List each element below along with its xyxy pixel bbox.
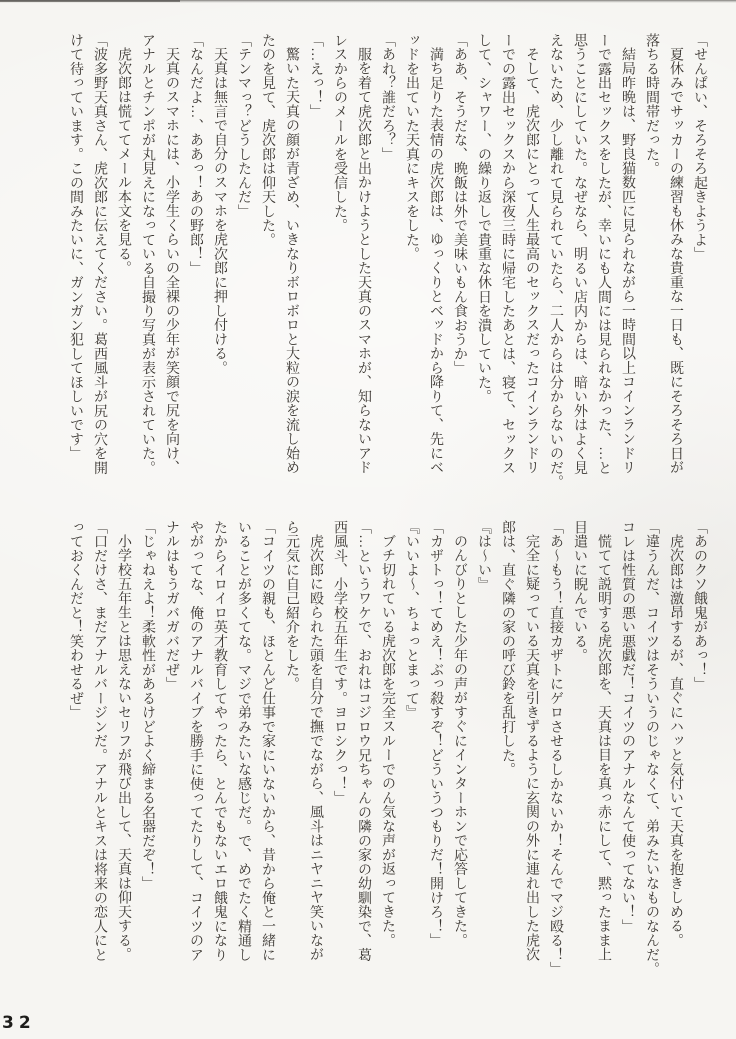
text-line: 「…えっ！」: [303, 33, 327, 491]
scan-edge-artifact: [0, 0, 736, 3]
text-line: 「なんだよ…、ああっ！あの野郎！」: [183, 33, 207, 491]
text-line: 服を着て虎次郎と出かけようとした天真のスマホが、知らないアド: [351, 33, 375, 491]
text-line: たからイロイロ英才教育してやったら、とんでもないエロ餓鬼になり: [207, 520, 231, 980]
page-number: 32: [2, 1013, 36, 1033]
text-line: 完全に疑っている天真を引きずるように玄関の外に連れ出した虎次: [519, 520, 543, 980]
text-line: たのを見て、虎次郎は仰天した。: [255, 33, 279, 491]
text-line: 天真は無言で自分のスマホを虎次郎に押し付ける。: [207, 33, 231, 491]
text-line: レスからのメールを受信した。: [327, 33, 351, 491]
text-line: 「口だけさ、まだアナルバージンだ。アナルとキスは将来の恋人にと: [87, 520, 111, 980]
text-line: 夏休みでサッカーの練習も休みな貴重な一日も、既にそろそろ日が: [663, 33, 687, 491]
text-line: 「カザトっ！てめえ！ぶっ殺すぞ！どういうつもりだ！開けろ！」: [423, 520, 447, 980]
text-line: ーで露出セックスをしたが、幸いにも人間には見られなかった、…と: [591, 33, 615, 491]
text-line: のんびりとした少年の声がすぐにインターホンで応答してきた。: [447, 520, 471, 980]
text-line: 小学校五年生とは思えないセリフが飛び出して、天真は仰天する。: [111, 520, 135, 980]
text-line: ナルはもうガバガバだぜ」: [159, 520, 183, 980]
text-line: 慌てて説明する虎次郎を、天真は目を真っ赤にして、黙ったまま上: [591, 520, 615, 980]
text-line: 西風斗、小学校五年生です。ヨロシクっ！」: [327, 520, 351, 980]
text-line: 目遣いに睨んでいる。: [567, 520, 591, 980]
text-line: アナルとチンポが丸見えになっている自撮り写真が表示されていた。: [135, 33, 159, 491]
text-block-bottom: 「あのクソ餓鬼があっ！」虎次郎は激昂するが、直ぐにハッと気付いて天真を抱きしめる…: [63, 520, 711, 980]
text-line: コレは性質の悪い悪戯だ！コイツのアナルなんて使ってない！」: [615, 520, 639, 980]
text-line: 「波多野天真さん、虎次郎に伝えてください。葛西風斗が尻の穴を開: [87, 33, 111, 491]
text-line: ら元気に自己紹介をした。: [279, 520, 303, 980]
scanned-novel-page: 「せんぱい、そろそろ起きようよ」夏休みでサッカーの練習も休みな貴重な一日も、既に…: [0, 0, 736, 1039]
text-line: やがってな、俺のアナルバイブを勝手に使ってたりして、コイツのア: [183, 520, 207, 980]
text-line: えないため、少し離れて見られていたら、二人からは分からないのだ。: [543, 33, 567, 491]
text-line: 『は〜い』: [471, 520, 495, 980]
text-line: 「じゃねえよ！柔軟性があるけどよく締まる名器だぞ！」: [135, 520, 159, 980]
text-line: 「せんぱい、そろそろ起きようよ」: [687, 33, 711, 491]
text-line: 『いいよ〜、ちょっとまって』: [399, 520, 423, 980]
text-line: 思うことにしていた。なぜなら、明るい店内からは、暗い外はよく見: [567, 33, 591, 491]
text-line: 虎次郎に殴られた頭を自分で撫でながら、風斗はニヤニヤ笑いなが: [303, 520, 327, 980]
text-line: 「あ〜もう！直接カザトにゲロさせるしかないか！そんでマジ殴る！」: [543, 520, 567, 980]
text-line: 結局昨晩は、野良猫数匹に見られながら一時間以上コインランドリ: [615, 33, 639, 491]
text-line: 「あれ？誰だろ？」: [375, 33, 399, 491]
text-block-top: 「せんぱい、そろそろ起きようよ」夏休みでサッカーの練習も休みな貴重な一日も、既に…: [63, 33, 711, 491]
text-line: 郎は、直ぐ隣の家の呼び鈴を乱打した。: [495, 520, 519, 980]
text-line: して、シャワー、の繰り返しで貴重な休日を潰していた。: [471, 33, 495, 491]
text-line: 「…というワケで、おれはコジロウ兄ちゃんの隣の家の幼馴染で、葛: [351, 520, 375, 980]
text-line: 「あのクソ餓鬼があっ！」: [687, 520, 711, 980]
text-line: 落ちる時間帯だった。: [639, 33, 663, 491]
text-line: 「テンマっ？どうしたんだ」: [231, 33, 255, 491]
text-line: 「ああ、そうだな、晩飯は外で美味いもん食おうか」: [447, 33, 471, 491]
text-line: けて待っています。この間みたいに、ガンガン犯してほしいです」: [63, 33, 87, 491]
text-line: 天真のスマホには、小学生くらいの全裸の少年が笑顔で尻を向け、: [159, 33, 183, 491]
text-line: ブチ切れている虎次郎を完全スルーでのん気な声が返ってきた。: [375, 520, 399, 980]
text-line: そして、虎次郎にとって人生最高のセックスだったコインランドリ: [519, 33, 543, 491]
text-line: 虎次郎は激昂するが、直ぐにハッと気付いて天真を抱きしめる。: [663, 520, 687, 980]
text-line: っておくんだと！笑わせるぜ」: [63, 520, 87, 980]
text-line: いることが多くてな。マジで弟みたいな感じだ。で、めでたく精通し: [231, 520, 255, 980]
text-line: 「コイツの親も、ほとんど仕事で家にいないから、昔から俺と一緒に: [255, 520, 279, 980]
text-line: ッドを出ていた天真にキスをした。: [399, 33, 423, 491]
text-line: 「違うんだ、コイツはそういうのじゃなくて、弟みたいなものなんだ。: [639, 520, 663, 980]
text-line: ーでの露出セックスから深夜三時に帰宅したあとは、寝て、セックス: [495, 33, 519, 491]
text-line: 驚いた天真の顔が青ざめ、いきなりボロボロと大粒の涙を流し始め: [279, 33, 303, 491]
text-line: 満ち足りた表情の虎次郎は、ゆっくりとベッドから降りて、先にベ: [423, 33, 447, 491]
text-line: 虎次郎は慌ててメール本文を見る。: [111, 33, 135, 491]
